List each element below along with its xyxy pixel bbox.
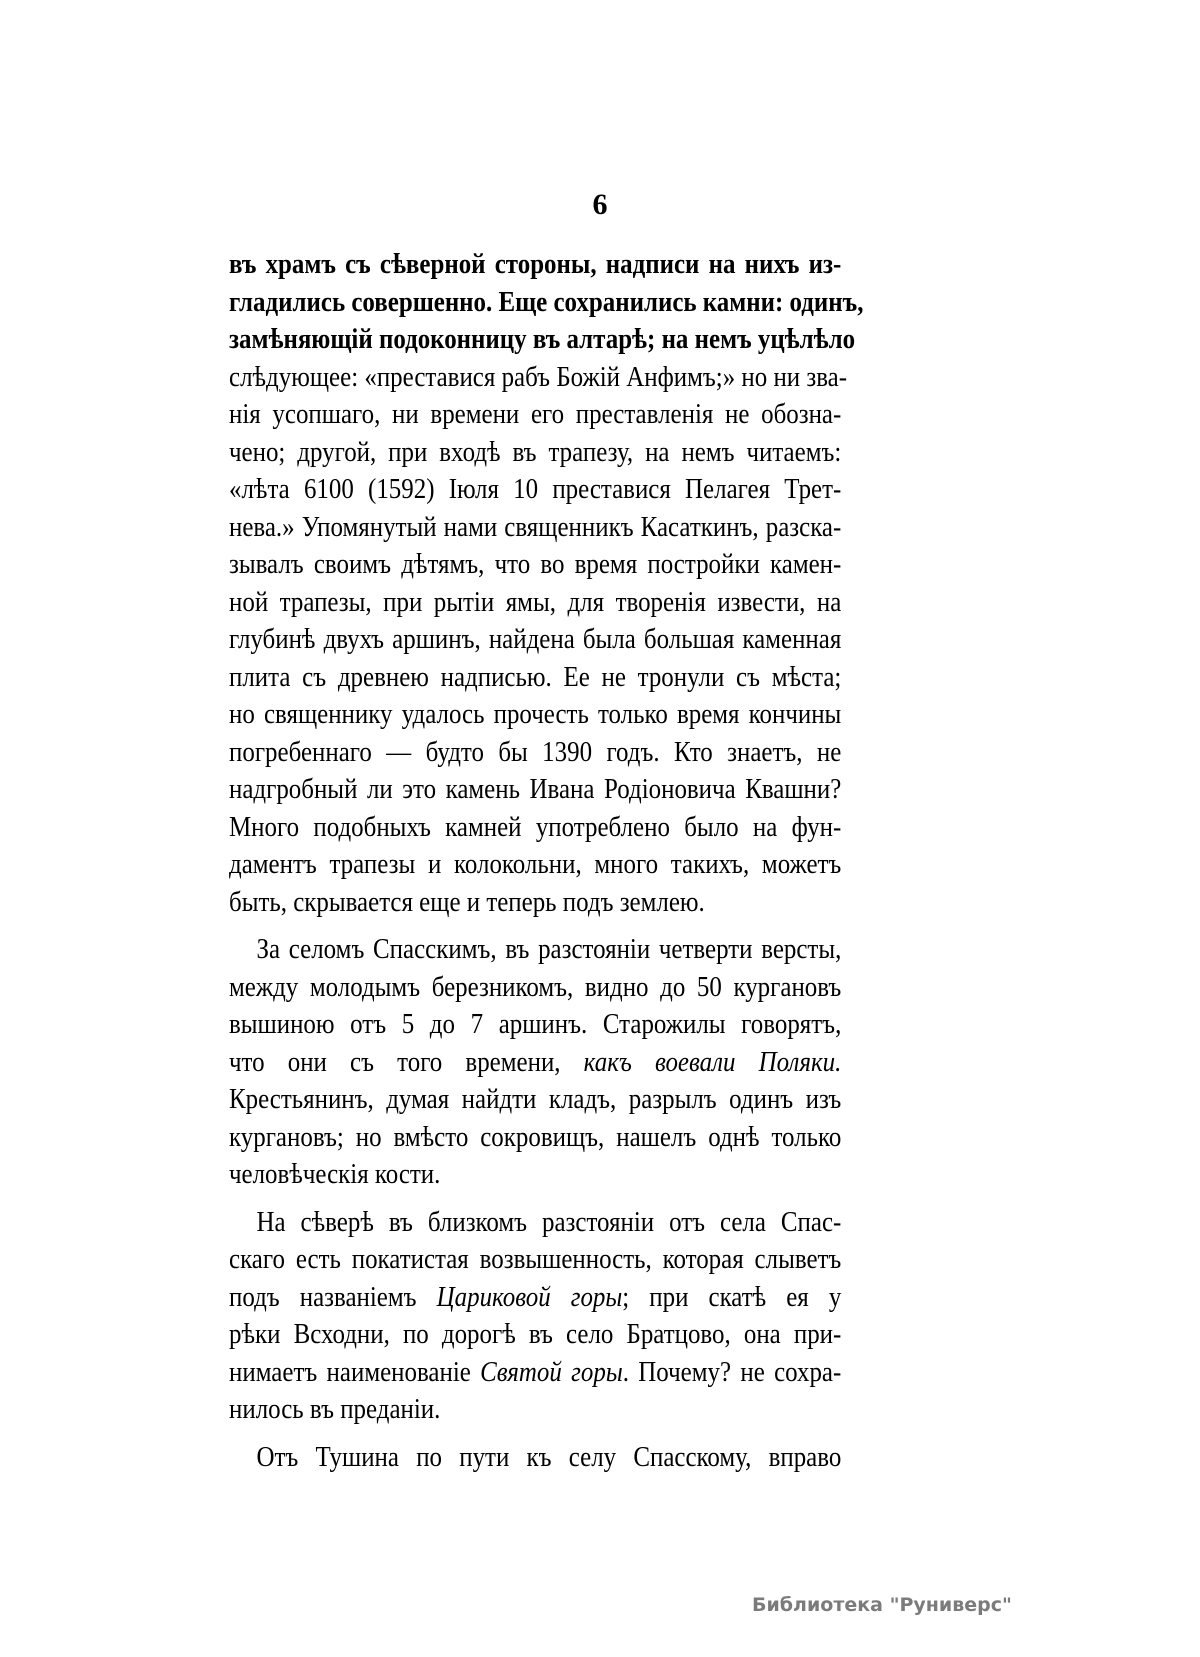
text-line: ной трапезы, при рытіи ямы, для творенія…	[229, 584, 941, 622]
text-line: нилось въ преданіи.	[229, 1391, 941, 1429]
italic-phrase: Святой горы	[480, 1356, 623, 1388]
text-line: рѣки Всходни, по дорогѣ въ село Братцово…	[229, 1316, 941, 1354]
text-line: человѣческія кости.	[229, 1156, 941, 1194]
text-line: въ храмъ съ сѣверной стороны, надписи на…	[229, 246, 941, 284]
text-line: гладились совершенно. Еще сохранились ка…	[229, 284, 941, 322]
text-line: вышиною отъ 5 до 7 аршинъ. Старожилы гов…	[229, 1006, 941, 1044]
page-number: 6	[0, 188, 1200, 222]
text-line: Крестьянинъ, думая найдти кладъ, разрылъ…	[229, 1081, 941, 1119]
text-line: быть, скрывается еще и теперь подъ земле…	[229, 884, 941, 922]
text-line: между молодымъ березникомъ, видно до 50 …	[229, 969, 941, 1007]
text-line: замѣняющій подоконницу въ алтарѣ; на нем…	[229, 321, 941, 359]
italic-phrase: Цариковой горы	[437, 1281, 623, 1313]
text-line: подъ названіемъ Цариковой горы; при скат…	[229, 1279, 941, 1317]
text-line: плита съ древнею надписью. Ее не тронули…	[229, 659, 941, 697]
library-watermark: Библиотека "Руниверс"	[752, 1594, 1012, 1616]
text-line: Много подобныхъ камней употреблено было …	[229, 809, 941, 847]
text-line: слѣдующее: «преставися рабъ Божій Анфимъ…	[229, 359, 941, 397]
italic-phrase: какъ воевали Поляки.	[584, 1046, 842, 1078]
text-line: На сѣверѣ въ близкомъ разстояніи отъ сел…	[229, 1204, 941, 1242]
text-line: нева.» Упомянутый нами священникъ Касатк…	[229, 509, 941, 547]
text-line: чено; другой, при входѣ въ трапезу, на н…	[229, 434, 941, 472]
text-line: «лѣта 6100 (1592) Іюля 10 преставися Пел…	[229, 471, 941, 509]
text-line: За селомъ Спасскимъ, въ разстояніи четве…	[229, 931, 941, 969]
text-line: Отъ Тушина по пути къ селу Спасскому, вп…	[229, 1439, 941, 1477]
text-line: но священнику удалось прочесть только вр…	[229, 696, 941, 734]
text-line: даментъ трапезы и колокольни, много таки…	[229, 846, 941, 884]
text-line: что они съ того времени, какъ воевали По…	[229, 1044, 941, 1082]
text-line: зывалъ своимъ дѣтямъ, что во время постр…	[229, 546, 941, 584]
text-line: нимаетъ наименованіе Святой горы. Почему…	[229, 1354, 941, 1392]
text-line: глубинѣ двухъ аршинъ, найдена была больш…	[229, 621, 941, 659]
text-line: погребеннаго — будто бы 1390 годъ. Кто з…	[229, 734, 941, 772]
text-line: скаго есть покатистая возвышенность, кот…	[229, 1241, 941, 1279]
text-line: кургановъ; но вмѣсто сокровищъ, нашелъ о…	[229, 1119, 941, 1157]
text-line: надгробный ли это камень Ивана Родіонови…	[229, 771, 941, 809]
text-line: нія усопшаго, ни времени его преставлені…	[229, 396, 941, 434]
body-text: въ храмъ съ сѣверной стороны, надписи на…	[229, 246, 941, 1476]
